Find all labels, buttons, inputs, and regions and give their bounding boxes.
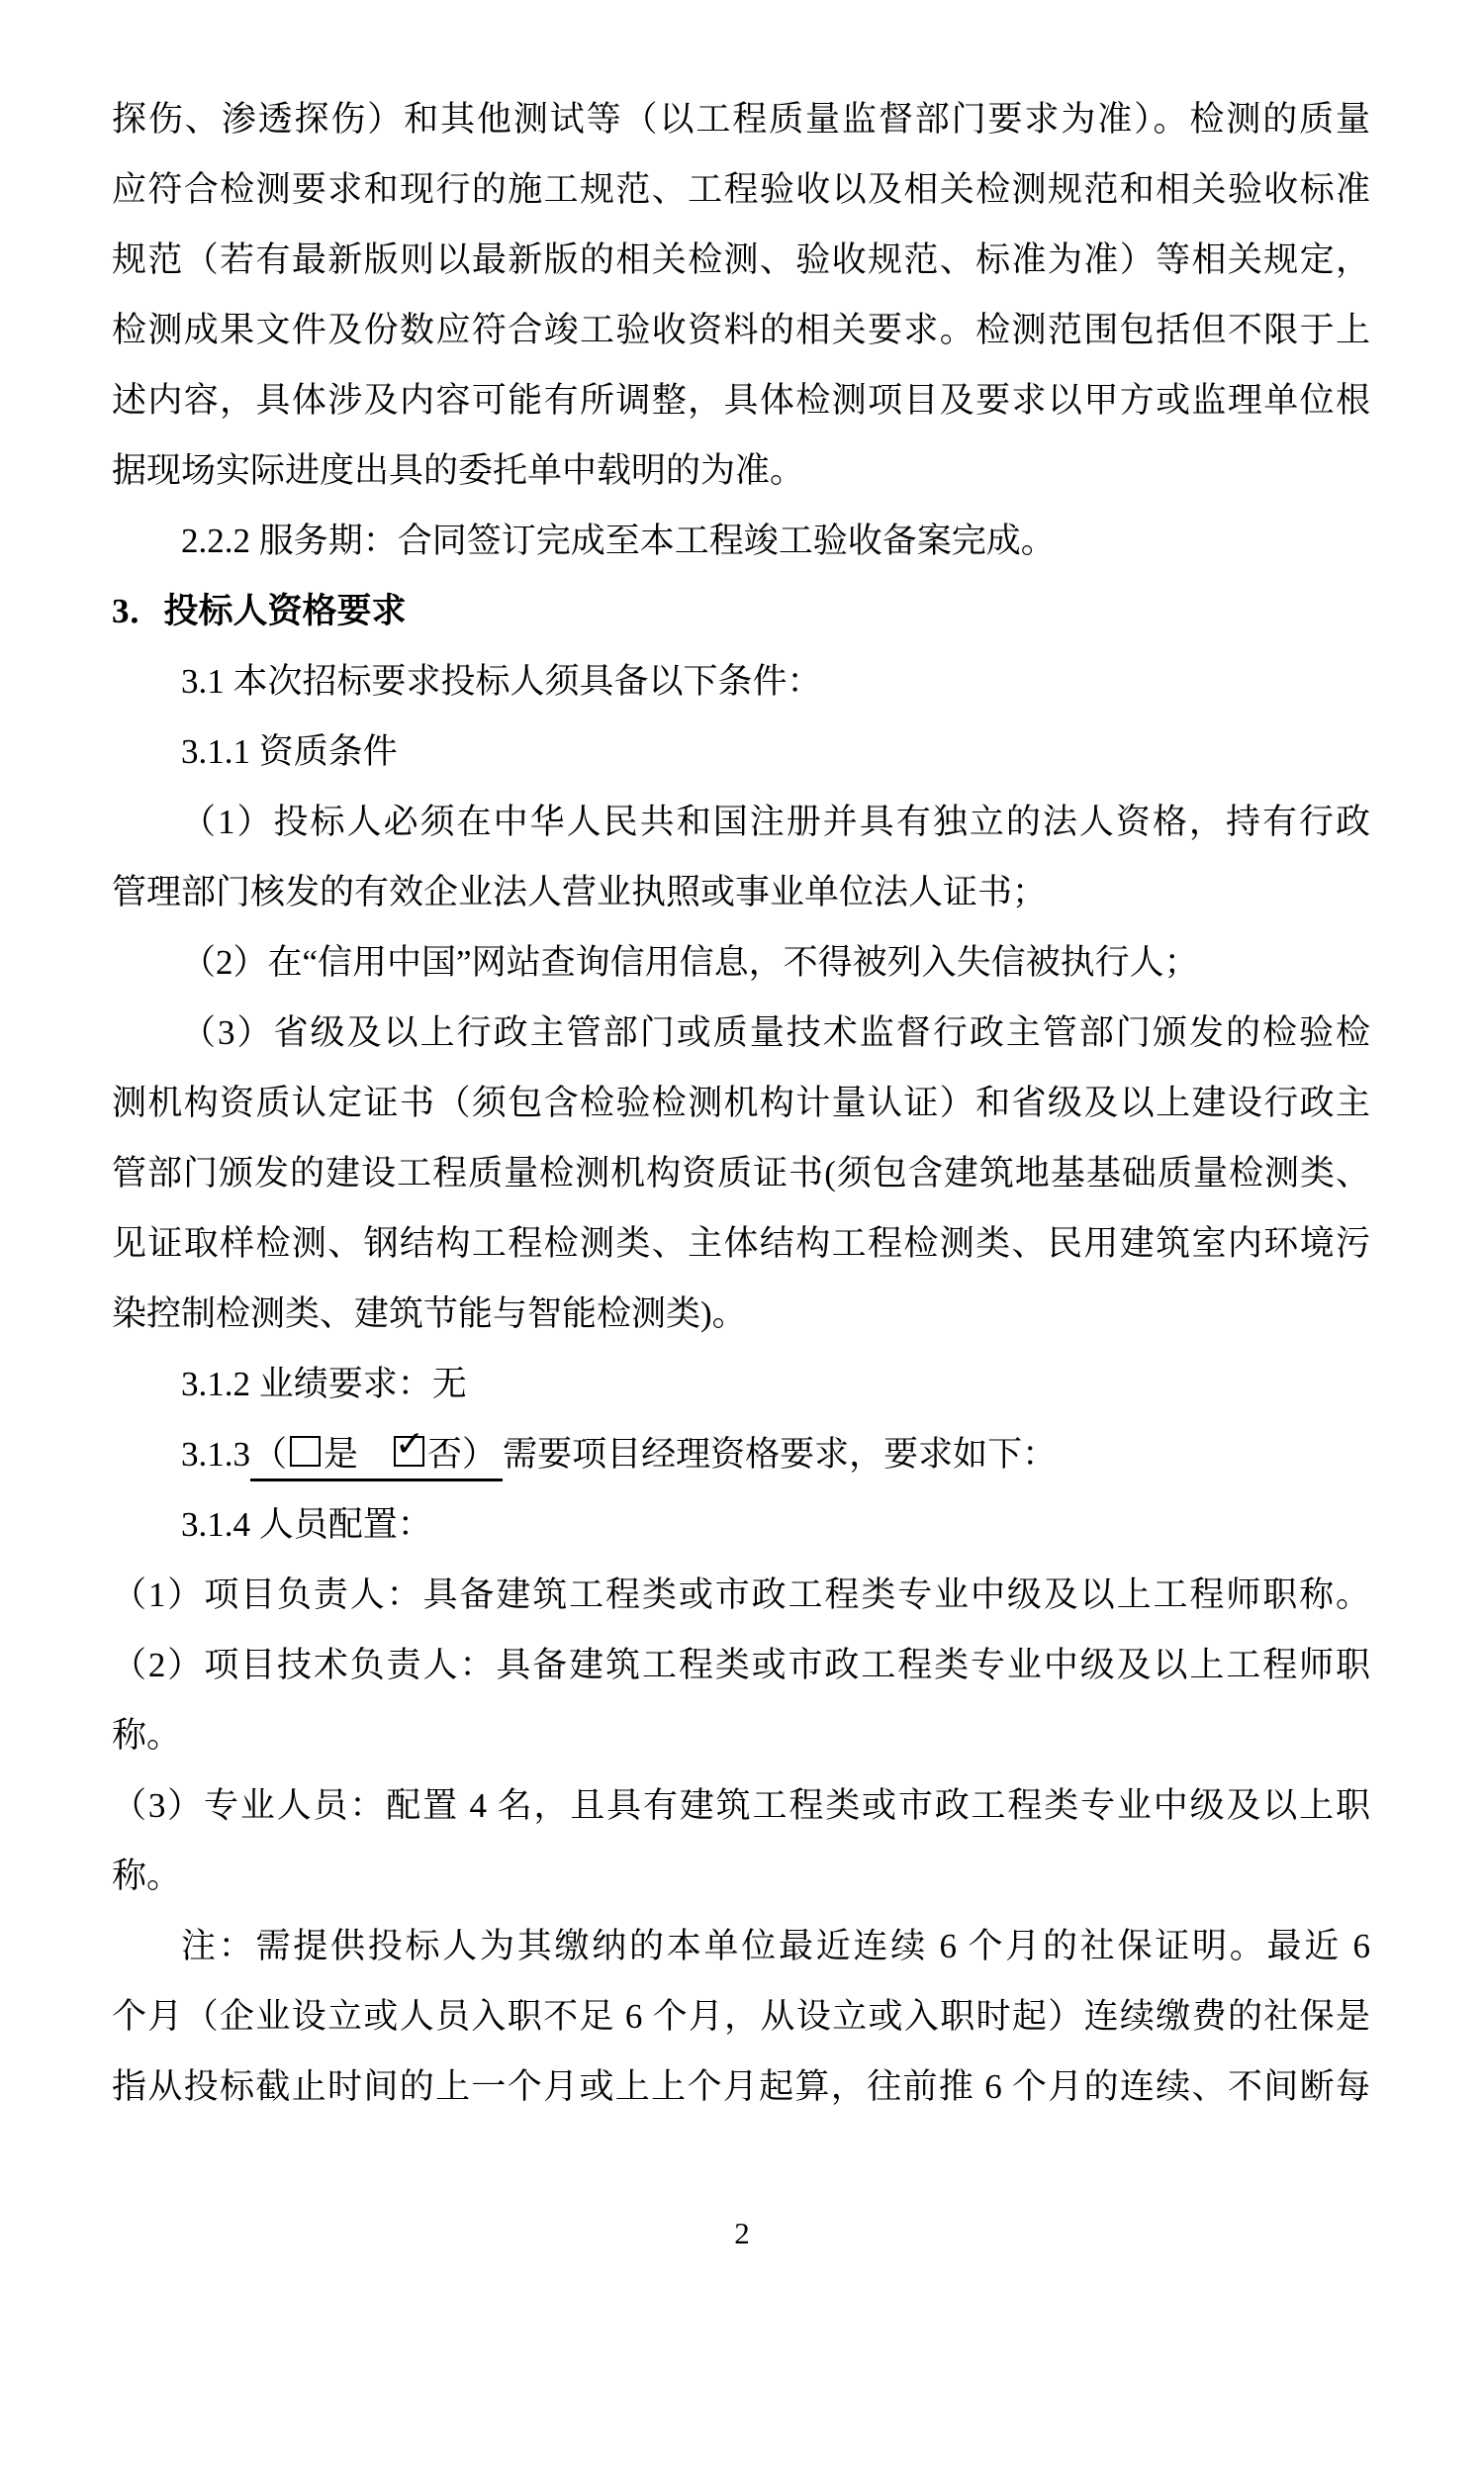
document-line: （2）在“信用中国”网站查询信用信息，不得被列入失信被执行人； — [112, 927, 1370, 998]
note-line: 个月（企业设立或人员入职不足 6 个月，从设立或入职时起）连续缴费的社保是 — [112, 1981, 1370, 2052]
document-line: 据现场实际进度出具的委托单中载明的为准。 — [112, 435, 1370, 506]
note-line: 注：需提供投标人为其缴纳的本单位最近连续 6 个月的社保证明。最近 6 — [112, 1911, 1370, 1981]
document-line: 应符合检测要求和现行的施工规范、工程验收以及相关检测规范和相关验收标准 — [112, 154, 1370, 225]
project-manager-requirement-choice: （是✓否） — [250, 1433, 503, 1481]
document-line: （3）专业人员：配置 4 名，且具有建筑工程类或市政工程类专业中级及以上职 — [112, 1770, 1370, 1841]
close-paren: ） — [462, 1435, 497, 1474]
document-line: 管理部门核发的有效企业法人营业执照或事业单位法人证书； — [112, 857, 1370, 927]
document-line: （2）项目技术负责人：具备建筑工程类或市政工程类专业中级及以上工程师职 — [112, 1630, 1370, 1700]
document-line: （1）投标人必须在中华人民共和国注册并具有独立的法人资格，持有行政 — [112, 787, 1370, 857]
clause-3-1-1-heading: 3.1.1 资质条件 — [112, 716, 1370, 787]
document-line: 见证取样检测、钢结构工程检测类、主体结构工程检测类、民用建筑室内环境污 — [112, 1208, 1370, 1279]
section-3-heading: 3．投标人资格要求 — [112, 576, 1370, 646]
no-label: 否 — [427, 1435, 462, 1474]
document-line: 探伤、渗透探伤）和其他测试等（以工程质量监督部门要求为准）。检测的质量 — [112, 84, 1370, 154]
clause-3-1: 3.1 本次招标要求投标人须具备以下条件： — [112, 646, 1370, 716]
clause-3-1-3-line: 3.1.3（是✓否）需要项目经理资格要求，要求如下： — [112, 1419, 1370, 1489]
document-line: （1）项目负责人：具备建筑工程类或市政工程类专业中级及以上工程师职称。 — [112, 1560, 1370, 1630]
checkbox-no-icon: ✓ — [394, 1436, 424, 1467]
clause-3-1-4-heading: 3.1.4 人员配置： — [112, 1489, 1370, 1560]
open-paren: （ — [252, 1435, 287, 1474]
document-line: 规范（若有最新版则以最新版的相关检测、验收规范、标准为准）等相关规定， — [112, 225, 1370, 295]
clause-3-1-3-number: 3.1.3 — [181, 1435, 250, 1474]
note-line: 指从投标截止时间的上一个月或上上个月起算，往前推 6 个月的连续、不间断每 — [112, 2052, 1370, 2122]
document-line: （3）省级及以上行政主管部门或质量技术监督行政主管部门颁发的检验检 — [112, 998, 1370, 1068]
check-mark-icon: ✓ — [395, 1427, 424, 1463]
yes-label: 是 — [324, 1435, 358, 1474]
document-line: 染控制检测类、建筑节能与智能检测类)。 — [112, 1279, 1370, 1349]
document-line: 称。 — [112, 1841, 1370, 1911]
document-page: 探伤、渗透探伤）和其他测试等（以工程质量监督部门要求为准）。检测的质量 应符合检… — [0, 0, 1484, 2481]
clause-3-1-3-text: 需要项目经理资格要求，要求如下： — [503, 1435, 1057, 1474]
document-line: 检测成果文件及份数应符合竣工验收资料的相关要求。检测范围包括但不限于上 — [112, 295, 1370, 365]
document-line: 测机构资质认定证书（须包含检验检测机构计量认证）和省级及以上建设行政主 — [112, 1068, 1370, 1138]
clause-2-2-2-service-period: 2.2.2 服务期：合同签订完成至本工程竣工验收备案完成。 — [112, 506, 1370, 576]
document-line: 述内容，具体涉及内容可能有所调整，具体检测项目及要求以甲方或监理单位根 — [112, 365, 1370, 435]
page-number: 2 — [0, 2214, 1484, 2253]
clause-3-1-2-performance: 3.1.2 业绩要求：无 — [112, 1349, 1370, 1419]
document-body: 探伤、渗透探伤）和其他测试等（以工程质量监督部门要求为准）。检测的质量 应符合检… — [112, 84, 1370, 2122]
document-line: 称。 — [112, 1700, 1370, 1770]
document-line: 管部门颁发的建设工程质量检测机构资质证书(须包含建筑地基基础质量检测类、 — [112, 1138, 1370, 1208]
checkbox-yes-icon — [290, 1436, 321, 1467]
